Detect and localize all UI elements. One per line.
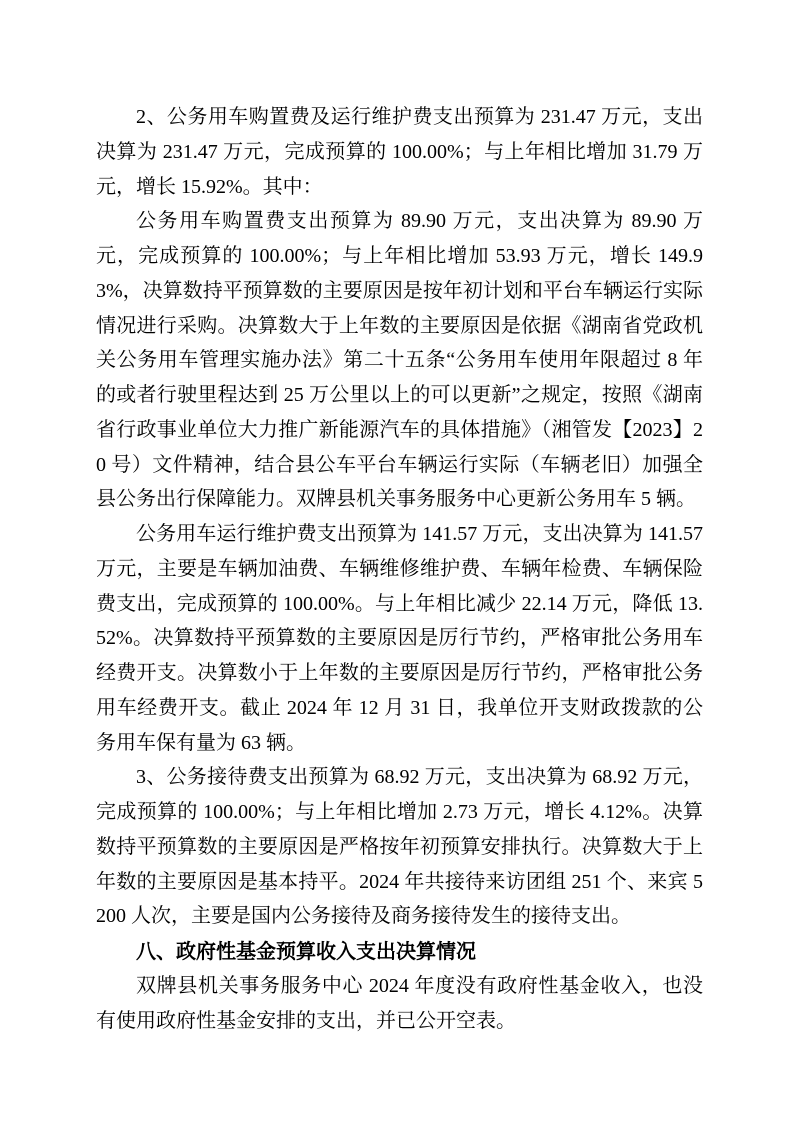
document-page: 2、公务用车购置费及运行维护费支出预算为 231.47 万元，支出决算为 231… [0, 0, 793, 1122]
section-heading-government-fund: 八、政府性基金预算收入支出决算情况 [96, 934, 703, 969]
paragraph-official-reception: 3、公务接待费支出预算为 68.92 万元，支出决算为 68.92 万元，完成预… [96, 760, 703, 934]
paragraph-vehicle-total: 2、公务用车购置费及运行维护费支出预算为 231.47 万元，支出决算为 231… [96, 100, 703, 204]
paragraph-vehicle-purchase: 公务用车购置费支出预算为 89.90 万元，支出决算为 89.90 万元，完成预… [96, 204, 703, 517]
paragraph-vehicle-maintenance: 公务用车运行维护费支出预算为 141.57 万元，支出决算为 141.57 万元… [96, 517, 703, 760]
paragraph-government-fund: 双牌县机关事务服务中心 2024 年度没有政府性基金收入，也没有使用政府性基金安… [96, 969, 703, 1039]
